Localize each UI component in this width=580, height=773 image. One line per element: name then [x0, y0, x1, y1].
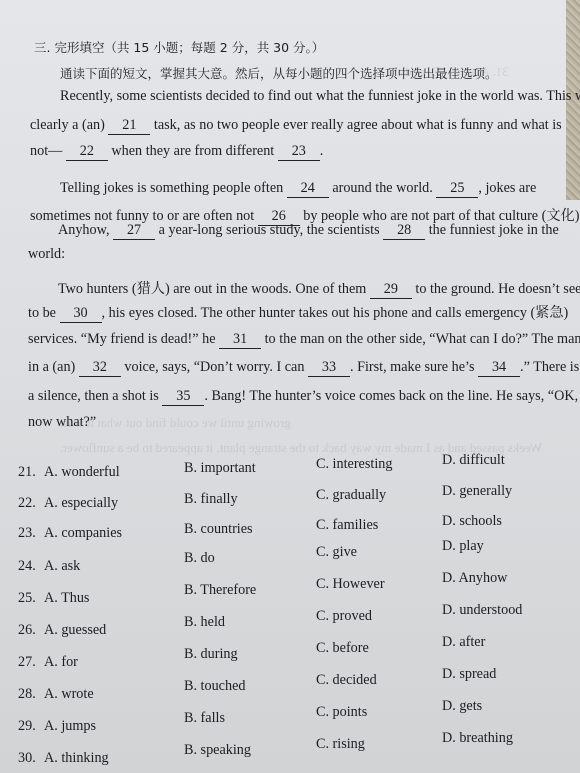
question-number: 23.	[18, 525, 36, 542]
option-b[interactable]: B. Therefore	[184, 582, 256, 599]
answer-blank[interactable]: 30	[60, 305, 102, 323]
option-c[interactable]: C. points	[316, 704, 367, 721]
answer-blank[interactable]: 21	[108, 117, 150, 135]
question-number: 28.	[18, 686, 36, 703]
passage-text: when they are from different	[108, 143, 278, 159]
passage-text: , jokes are	[478, 180, 536, 196]
option-d[interactable]: D. schools	[442, 513, 502, 530]
passage-text: Two hunters (猎人) are out in the woods. O…	[58, 281, 370, 297]
option-c[interactable]: C. decided	[316, 672, 377, 689]
option-c[interactable]: C. before	[316, 640, 369, 657]
option-d[interactable]: D. play	[442, 538, 484, 555]
question-number: 29.	[18, 718, 36, 735]
option-d[interactable]: D. generally	[442, 483, 512, 500]
option-b[interactable]: B. do	[184, 550, 215, 567]
passage-text: .” There is	[520, 359, 579, 375]
passage-text: to be	[28, 305, 60, 321]
passage-line: now what?”	[28, 414, 96, 431]
option-b[interactable]: B. touched	[184, 678, 245, 695]
passage-line: not— 22 when they are from different 23.	[30, 143, 323, 161]
option-d[interactable]: D. difficult	[442, 452, 505, 469]
passage-line: in a (an) 32 voice, says, “Don’t worry. …	[28, 359, 579, 377]
question-number: 30.	[18, 750, 36, 767]
question-number: 27.	[18, 654, 36, 671]
option-a[interactable]: A. guessed	[44, 622, 106, 639]
passage-text: . Bang! The hunter’s voice comes back on…	[204, 388, 578, 404]
option-c[interactable]: C. interesting	[316, 456, 392, 473]
question-number: 22.	[18, 495, 36, 512]
section-heading: 三. 完形填空（共 15 小题；每题 2 分，共 30 分。）	[34, 38, 324, 56]
option-c[interactable]: C. give	[316, 544, 357, 561]
answer-blank[interactable]: 29	[370, 281, 412, 299]
passage-line: Two hunters (猎人) are out in the woods. O…	[58, 278, 580, 299]
option-d[interactable]: D. after	[442, 634, 485, 651]
passage-line: to be 30, his eyes closed. The other hun…	[28, 302, 568, 323]
answer-blank[interactable]: 23	[278, 143, 320, 161]
option-a[interactable]: A. jumps	[44, 718, 96, 735]
passage-text: now what?”	[28, 414, 96, 430]
option-b[interactable]: B. during	[184, 646, 238, 663]
option-c[interactable]: C. families	[316, 517, 378, 534]
option-d[interactable]: D. Anyhow	[442, 570, 507, 587]
answer-blank[interactable]: 24	[287, 180, 329, 198]
question-number: 26.	[18, 622, 36, 639]
answer-blank[interactable]: 32	[79, 359, 121, 377]
option-d[interactable]: D. breathing	[442, 730, 513, 747]
passage-text: clearly a (an)	[30, 117, 108, 133]
answer-blank[interactable]: 35	[162, 388, 204, 406]
option-a[interactable]: A. wonderful	[44, 464, 120, 481]
option-a[interactable]: A. for	[44, 654, 78, 671]
option-c[interactable]: C. However	[316, 576, 385, 593]
passage-text: task, as no two people ever really agree…	[150, 117, 561, 133]
option-b[interactable]: B. finally	[184, 491, 238, 508]
passage-text: a silence, then a shot is	[28, 388, 162, 404]
passage-line: Anyhow, 27 a year-long serious study, th…	[58, 222, 559, 240]
option-a[interactable]: A. thinking	[44, 750, 109, 767]
answer-blank[interactable]: 28	[383, 222, 425, 240]
option-a[interactable]: A. Thus	[44, 590, 89, 607]
passage-text: the funniest joke in the	[425, 222, 559, 238]
question-number: 24.	[18, 558, 36, 575]
option-d[interactable]: D. understood	[442, 602, 522, 619]
option-a[interactable]: A. companies	[44, 525, 122, 542]
answer-blank[interactable]: 33	[308, 359, 350, 377]
passage-text: around the world.	[329, 180, 437, 196]
passage-line: world:	[28, 246, 65, 263]
passage-text: , his eyes closed. The other hunter take…	[102, 305, 569, 321]
answer-blank[interactable]: 31	[219, 331, 261, 349]
passage-text: Recently, some scientists decided to fin…	[60, 88, 580, 104]
option-b[interactable]: B. countries	[184, 521, 253, 538]
option-c[interactable]: C. rising	[316, 736, 365, 753]
answer-blank[interactable]: 34	[478, 359, 520, 377]
passage-text: . First, make sure he’s	[350, 359, 478, 375]
option-a[interactable]: A. wrote	[44, 686, 94, 703]
option-d[interactable]: D. spread	[442, 666, 496, 683]
passage-line: services. “My friend is dead!” he 31 to …	[28, 331, 580, 349]
question-number: 25.	[18, 590, 36, 607]
passage-text: to the man on the other side, “What can …	[261, 331, 580, 347]
passage-line: Telling jokes is something people often …	[60, 180, 536, 198]
section-instruction: 通读下面的短文，掌握其大意。然后，从每小题的四个选择项中选出最佳选项。	[60, 64, 498, 82]
passage-line: clearly a (an) 21 task, as no two people…	[30, 117, 562, 135]
passage-line: Recently, some scientists decided to fin…	[60, 88, 580, 105]
passage-text: in a (an)	[28, 359, 79, 375]
option-b[interactable]: B. important	[184, 460, 256, 477]
option-c[interactable]: C. gradually	[316, 487, 386, 504]
passage-text: a year-long serious study, the scientist…	[155, 222, 383, 238]
answer-blank[interactable]: 27	[113, 222, 155, 240]
answer-blank[interactable]: 25	[436, 180, 478, 198]
passage-text: not—	[30, 143, 66, 159]
option-b[interactable]: B. speaking	[184, 742, 251, 759]
passage-text: Anyhow,	[58, 222, 113, 238]
passage-text: services. “My friend is dead!” he	[28, 331, 219, 347]
passage-text: world:	[28, 246, 65, 262]
option-b[interactable]: B. falls	[184, 710, 225, 727]
option-b[interactable]: B. held	[184, 614, 225, 631]
exam-page: 31. A. cries B. nods growing until we co…	[0, 0, 566, 773]
answer-blank[interactable]: 22	[66, 143, 108, 161]
passage-line: a silence, then a shot is 35. Bang! The …	[28, 388, 578, 406]
question-number: 21.	[18, 464, 36, 481]
option-a[interactable]: A. especially	[44, 495, 118, 512]
passage-text: voice, says, “Don’t worry. I can	[121, 359, 308, 375]
option-d[interactable]: D. gets	[442, 698, 482, 715]
option-a[interactable]: A. ask	[44, 558, 80, 575]
passage-text: to the ground. He doesn’t seem	[412, 281, 580, 297]
passage-text: .	[320, 143, 324, 159]
passage-text: Telling jokes is something people often	[60, 180, 287, 196]
option-c[interactable]: C. proved	[316, 608, 372, 625]
